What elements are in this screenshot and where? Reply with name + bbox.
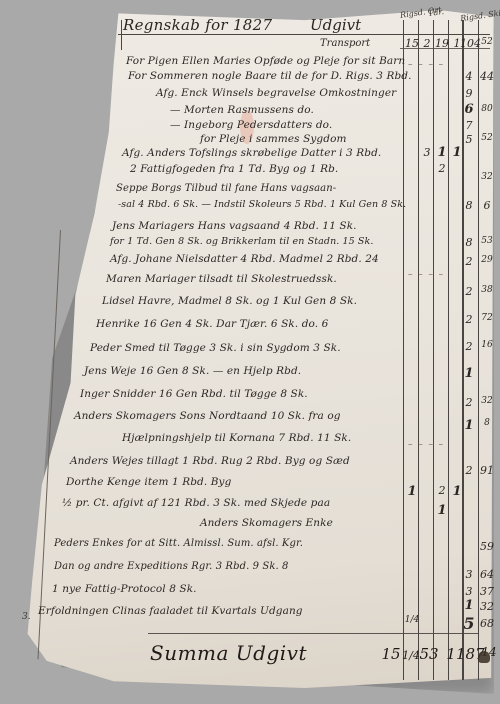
entry-text: Afg. Enck Winsels begravelse Omkostninge…	[156, 87, 396, 99]
entry-text: Peder Smed til Tøgge 3 Sk. i sin Sygdom …	[90, 342, 341, 354]
entry-text: 2 Fattigfogeden fra 1 Td. Byg og 1 Rb.	[130, 163, 338, 175]
entry-text: for 1 Td. Gen 8 Sk. og Brikkerlam til en…	[110, 236, 374, 247]
amount-rbd: 3	[460, 585, 478, 598]
amount-rbd: 2	[460, 464, 478, 477]
amount-sk: 38	[478, 285, 496, 295]
amount-sk: 16	[478, 340, 496, 350]
amount-rbd: 8	[460, 199, 478, 212]
entry-text: ½ pr. Ct. afgivt af 121 Rbd. 3 Sk. med S…	[62, 497, 330, 509]
entry-text: Jens Mariagers Hans vagsaand 4 Rbd. 11 S…	[112, 220, 357, 232]
margin-rule-top	[121, 20, 122, 50]
amount-rbd: 1	[460, 598, 478, 613]
col-rule-1	[403, 20, 404, 680]
entry-text: Anders Wejes tillagt 1 Rbd. Rug 2 Rbd. B…	[70, 455, 350, 467]
amount-rbd: 5	[460, 614, 478, 633]
transport-label: Transport	[320, 38, 370, 49]
total-col3: 53	[418, 645, 440, 663]
amount-sk: 72	[478, 313, 496, 323]
amount-sk: 32	[478, 172, 496, 182]
entry-text: Peders Enkes for at Sitt. Almissl. Sum. …	[54, 538, 303, 549]
entry-text: Maren Mariager tilsadt til Skolestruedss…	[106, 273, 337, 285]
entry-text: Anders Skomagers Sons Nordtaand 10 Sk. f…	[74, 410, 341, 422]
leader-dashes: – – – –	[408, 440, 443, 450]
amount-sk: 32	[478, 396, 496, 406]
amount-rbd: 2	[460, 396, 478, 409]
section-heading: Udgivt	[310, 16, 361, 34]
col-rule-4	[448, 20, 449, 680]
amount-sk: 80	[478, 104, 496, 114]
amount-sk: 64	[478, 568, 496, 581]
amount-sk: 53	[478, 236, 496, 246]
entry-text: Dan og andre Expeditions Rgr. 3 Rbd. 9 S…	[54, 561, 289, 572]
amount-rbd: 2	[460, 313, 478, 326]
amount-sk: 8	[478, 418, 496, 428]
amount-sk: 68	[478, 617, 496, 630]
col-header-5: Rigsd. Skil. (Rbd./Sk.)	[460, 2, 500, 23]
amount-col4: 1	[433, 503, 451, 518]
amount-rbd: 2	[460, 255, 478, 268]
amount-sk: 44	[478, 70, 496, 83]
entry-text: — Ingeborg Pedersdatters do.	[170, 119, 332, 131]
amount-col2: 1/4	[403, 615, 421, 625]
transport-col6: 52	[478, 37, 496, 47]
amount-sk: 29	[478, 255, 496, 265]
amount-sk: 59	[478, 540, 496, 553]
leader-dashes: – – – –	[408, 60, 443, 70]
entry-text: Anders Skomagers Enke	[200, 517, 333, 529]
entry-text: for Pleje i sammes Sygdom	[200, 133, 347, 145]
amount-rbd: 2	[460, 285, 478, 298]
entry-text: Seppe Borgs Tilbud til fane Hans vagsaan…	[116, 183, 336, 194]
entry-text: — Morten Rasmussens do.	[170, 104, 314, 116]
margin-note: 3.	[22, 612, 31, 622]
entry-text: Afg. Anders Tofslings skrøbelige Datter …	[122, 147, 381, 159]
entry-text: -sal 4 Rbd. 6 Sk. — Indstil Skoleurs 5 R…	[118, 199, 406, 210]
entry-text: For Pigen Ellen Maries Opføde og Pleje f…	[126, 55, 405, 67]
transport-col5: 104	[460, 37, 478, 50]
amount-rbd: 7	[460, 119, 478, 132]
amount-col5: 1	[448, 484, 466, 499]
amount-col2: 1	[403, 484, 421, 499]
amount-rbd: 3	[460, 568, 478, 581]
total-rule	[148, 633, 478, 634]
col-rule-3	[433, 20, 434, 680]
entry-text: Henrike 16 Gen 4 Sk. Dar Tjær. 6 Sk. do.…	[96, 318, 328, 330]
amount-rbd: 4	[460, 70, 478, 83]
amount-rbd: 2	[460, 340, 478, 353]
amount-sk: 52	[478, 133, 496, 143]
total-col5: 187	[456, 645, 478, 663]
entry-text: Inger Snidder 16 Gen Rbd. til Tøgge 8 Sk…	[80, 388, 308, 400]
total-col1: 15	[380, 645, 402, 663]
header-rule	[118, 34, 490, 35]
amount-rbd: 8	[460, 236, 478, 249]
entry-text: For Sommeren nogle Baare til de for D. R…	[128, 70, 412, 82]
entry-text: Lidsel Havre, Madmel 8 Sk. og 1 Kul Gen …	[102, 295, 357, 307]
ink-blot	[478, 651, 490, 663]
entry-text: Afg. Johane Nielsdatter 4 Rbd. Madmel 2 …	[110, 253, 379, 265]
col-rule-2	[418, 20, 419, 680]
entry-text: Jens Weje 16 Gen 8 Sk. — en Hjelp Rbd.	[84, 365, 301, 377]
entry-text: 1 nye Fattig-Protocol 8 Sk.	[52, 583, 197, 595]
col-rule-6	[478, 20, 479, 680]
ledger-title: Regnskab for 1827	[123, 16, 272, 34]
leader-dashes: – – – –	[408, 270, 443, 280]
entry-text: Hjælpningshjelp til Kornana 7 Rbd. 11 Sk…	[122, 432, 351, 444]
amount-sk: 32	[478, 600, 496, 613]
amount-rbd: 6	[460, 102, 478, 117]
amount-sk: 91	[478, 464, 496, 477]
amount-sk: 37	[478, 585, 496, 598]
amount-col3: 2	[433, 162, 451, 175]
entry-text: Dorthe Kenge item 1 Rbd. Byg	[66, 476, 231, 488]
entry-text: Erfoldningen Clinas faaladet til Kvartal…	[38, 605, 303, 617]
amount-col5: 1	[448, 145, 466, 160]
amount-rbd: 9	[460, 87, 478, 100]
amount-rbd: 1	[460, 366, 478, 381]
amount-rbd: 1	[460, 418, 478, 433]
amount-sk: 6	[478, 199, 496, 212]
total-label: Summa Udgivt	[150, 641, 307, 665]
